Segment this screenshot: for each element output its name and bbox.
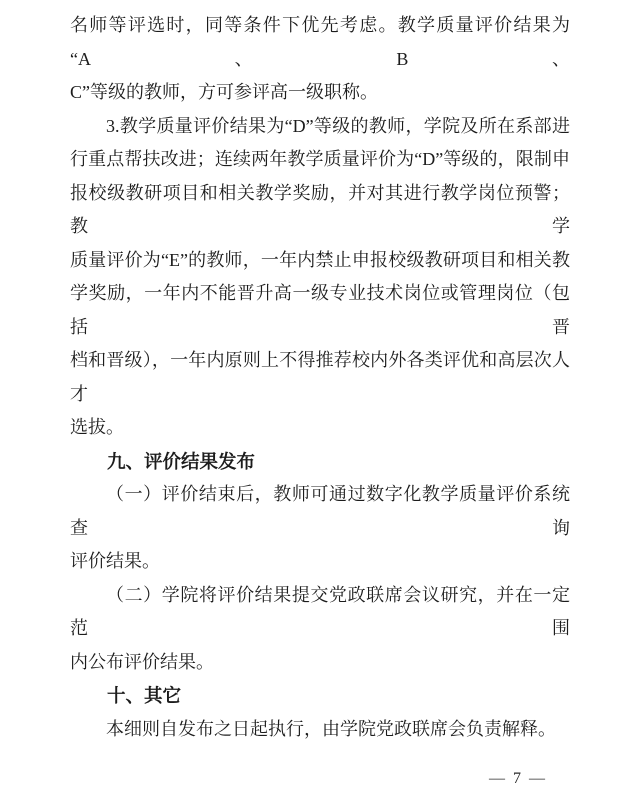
text-line: （一）评价结束后，教师可通过数字化教学质量评价系统查询 [70, 478, 570, 545]
text-line: 行重点帮扶改进；连续两年教学质量评价为“D”等级的，限制申 [70, 143, 570, 177]
section-heading-9: 九、评价结果发布 [70, 445, 570, 479]
text-line: 3.教学质量评价结果为“D”等级的教师，学院及所在系部进 [70, 110, 570, 144]
text-line: 本细则自发布之日起执行，由学院党政联席会负责解释。 [70, 713, 570, 747]
text-line: C”等级的教师，方可参评高一级职称。 [70, 76, 570, 110]
document-body: 名师等评选时，同等条件下优先考虑。教学质量评价结果为“A、B、 C”等级的教师，… [70, 9, 570, 746]
text-line: 内公布评价结果。 [70, 646, 570, 680]
text-line: 选拔。 [70, 411, 570, 445]
document-page: 名师等评选时，同等条件下优先考虑。教学质量评价结果为“A、B、 C”等级的教师，… [0, 0, 639, 802]
text-line: 评价结果。 [70, 545, 570, 579]
text-line: 学奖励，一年内不能晋升高一级专业技术岗位或管理岗位（包括晋 [70, 277, 570, 344]
text-line: （二）学院将评价结果提交党政联席会议研究，并在一定范围 [70, 579, 570, 646]
section-heading-10: 十、其它 [70, 679, 570, 713]
text-line: 名师等评选时，同等条件下优先考虑。教学质量评价结果为“A、B、 [70, 9, 570, 76]
text-line: 档和晋级），一年内原则上不得推荐校内外各类评优和高层次人才 [70, 344, 570, 411]
text-line: 报校级教研项目和相关教学奖励，并对其进行教学岗位预警；教学 [70, 177, 570, 244]
text-line: 质量评价为“E”的教师，一年内禁止申报校级教研项目和相关教 [70, 244, 570, 278]
page-number: — 7 — [489, 770, 547, 788]
